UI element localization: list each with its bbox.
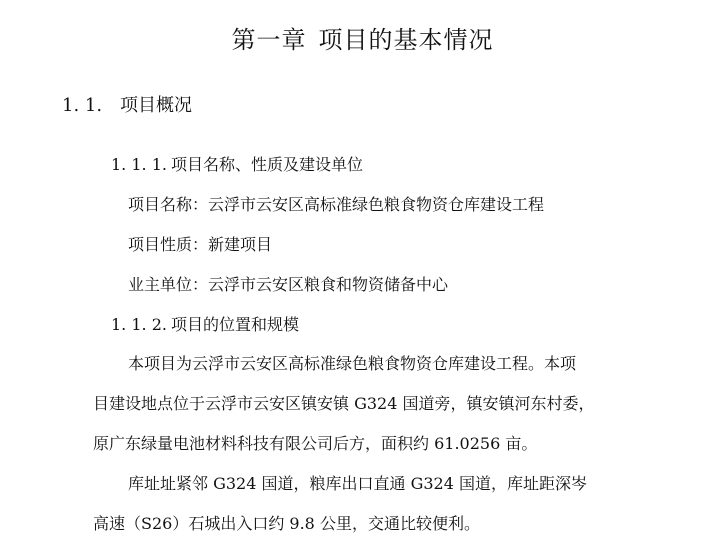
subsection-number: 1. 1. 2. — [111, 317, 171, 333]
document-page: 第一章项目的基本情况 1. 1.项目概况 1. 1. 1.项目名称、性质及建设单… — [0, 0, 725, 541]
subsection-number: 1. 1. 1. — [111, 157, 171, 173]
paragraph-line: 原广东绿量电池材料科技有限公司后方，面积约 61.0256 亩。 — [93, 436, 537, 452]
item-label: 业主单位： — [128, 275, 208, 294]
item-label: 项目名称： — [128, 195, 208, 214]
item-value: 新建项目 — [208, 235, 272, 254]
subsection-heading-1: 1. 1. 1.项目名称、性质及建设单位 — [111, 157, 363, 173]
paragraph-line: 库址址紧邻 G324 国道，粮库出口直通 G324 国道，库址距深岑 — [128, 476, 587, 492]
chapter-label: 第一章 — [232, 26, 307, 54]
item-value: 云浮市云安区粮食和物资储备中心 — [208, 275, 448, 294]
chapter-title: 第一章项目的基本情况 — [0, 28, 725, 52]
item-label: 项目性质： — [128, 235, 208, 254]
paragraph-line: 目建设地点位于云浮市云安区镇安镇 G324 国道旁，镇安镇河东村委， — [93, 396, 595, 412]
paragraph-line: 本项目为云浮市云安区高标准绿色粮食物资仓库建设工程。本项 — [128, 356, 576, 372]
paragraph-line: 高速（S26）石城出入口约 9.8 公里，交通比较便利。 — [93, 516, 480, 532]
section-number: 1. 1. — [62, 97, 120, 115]
subsection-title: 项目名称、性质及建设单位 — [171, 155, 363, 174]
subsection-title: 项目的位置和规模 — [171, 315, 299, 334]
section-title: 项目概况 — [120, 95, 192, 116]
item-value: 云浮市云安区高标准绿色粮食物资仓库建设工程 — [208, 195, 544, 214]
chapter-title-text: 项目的基本情况 — [319, 26, 494, 54]
subsection-heading-2: 1. 1. 2.项目的位置和规模 — [111, 317, 299, 333]
project-nature-item: 项目性质：新建项目 — [128, 237, 272, 253]
section-heading: 1. 1.项目概况 — [62, 97, 192, 115]
owner-unit-item: 业主单位：云浮市云安区粮食和物资储备中心 — [128, 277, 448, 293]
project-name-item: 项目名称：云浮市云安区高标准绿色粮食物资仓库建设工程 — [128, 197, 544, 213]
